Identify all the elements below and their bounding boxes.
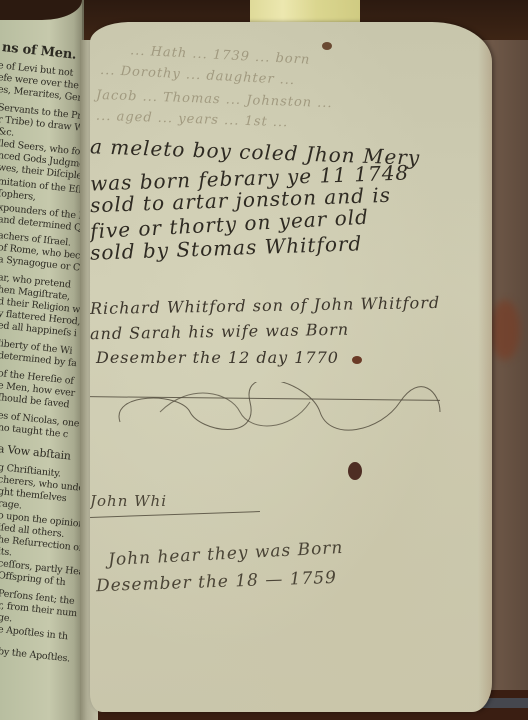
printed-line: rage.: [0, 498, 22, 511]
handwritten-line: Richard Whitford son of John Whitford: [90, 293, 440, 318]
ink-spot: [352, 356, 362, 364]
page-top-shadow: [0, 0, 82, 20]
faded-line: ... Hath ... 1739 ... born: [130, 43, 311, 67]
handwritten-line: Desember the 12 day 1770: [96, 348, 339, 367]
faded-line: Jacob ... Thomas ... Johnston ...: [96, 88, 333, 111]
printed-line: &c.: [0, 126, 15, 139]
cover-stain: [490, 300, 520, 360]
handwritten-line: Desember the 18 — 1759: [96, 568, 338, 596]
faded-line: ... Dorothy ... daughter ...: [100, 63, 296, 88]
ink-blot: [348, 462, 362, 480]
ink-spot: [322, 42, 332, 50]
printed-line: a Vow abſtain: [0, 442, 71, 463]
printed-line: its.: [0, 546, 12, 558]
signature-rule: [90, 511, 260, 518]
handwritten-line: and Sarah his wife was Born: [90, 320, 349, 344]
handwritten-flyleaf: ... Hath ... 1739 ... born ... Dorothy .…: [90, 22, 492, 712]
signature: John Whi: [90, 492, 167, 510]
pen-flourish: [100, 382, 460, 442]
printed-line: ge.: [0, 612, 13, 624]
printed-heading: ns of Men.: [1, 40, 77, 63]
printed-page: ns of Men. e of Levi but not efe were ov…: [0, 0, 84, 720]
faded-line: ... aged ... years ... 1st ...: [96, 109, 289, 131]
handwritten-line: John hear they was Born: [108, 538, 344, 570]
book-photo: ns of Men. e of Levi but not efe were ov…: [0, 0, 528, 720]
flyleaf-edge: [478, 22, 492, 712]
printed-line: e Apoſtles in th: [0, 624, 68, 642]
printed-line: by the Apoſtles.: [0, 646, 71, 665]
